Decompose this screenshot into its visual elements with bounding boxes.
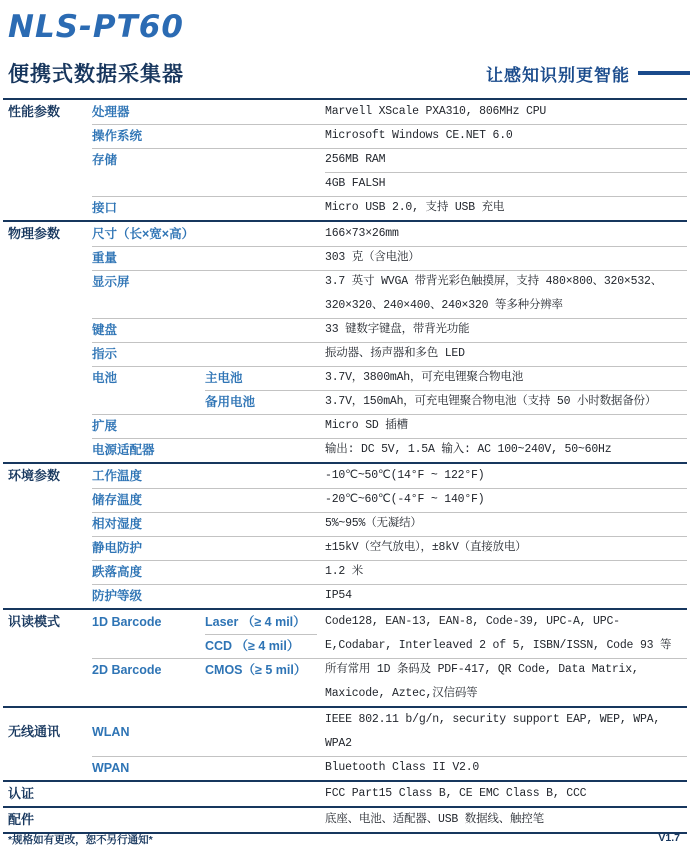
spec-row: 跌落高度1.2 米: [3, 560, 687, 584]
spec-label: 电池: [92, 366, 205, 390]
product-logo: NLS-PT60: [8, 8, 690, 46]
spec-label: 储存温度: [92, 488, 325, 512]
spec-value: Microsoft Windows CE.NET 6.0: [325, 124, 687, 148]
spec-label: 扩展: [92, 414, 325, 438]
spec-row: 存储256MB RAM: [3, 148, 687, 172]
row-divider: [325, 172, 687, 173]
spec-label: 指示: [92, 342, 325, 366]
header-subrow: 便携式数据采集器 让感知识别更智能: [8, 58, 690, 88]
spec-label: 1D Barcode: [92, 610, 205, 634]
category-label: 物理参数: [8, 222, 92, 246]
spec-label: WLAN: [92, 720, 325, 744]
spec-row: 扩展Micro SD 插槽: [3, 414, 687, 438]
spec-row: 识读模式1D BarcodeLaser （≥ 4 mil）CCD （≥ 4 mi…: [3, 610, 687, 658]
spec-label: 操作系统: [92, 124, 325, 148]
row-divider: [92, 658, 687, 659]
spec-row: 4GB FALSH: [3, 172, 687, 196]
spec-value: 33 键数字键盘，带背光功能: [325, 318, 687, 342]
spec-row: 静电防护±15kV（空气放电），±8kV（直接放电）: [3, 536, 687, 560]
spec-value: 3.7V，3800mAh，可充电锂聚合物电池: [325, 366, 687, 390]
spec-value: 166×73×26mm: [325, 222, 687, 246]
spec-label: 存储: [92, 148, 325, 172]
spec-sublabel: CCD （≥ 4 mil）: [205, 634, 325, 658]
row-divider: [92, 124, 687, 125]
row-divider: [92, 246, 687, 247]
category-label: 环境参数: [8, 464, 92, 488]
row-divider: [205, 390, 687, 391]
spec-value: 256MB RAM: [325, 148, 687, 172]
spec-label: 键盘: [92, 318, 325, 342]
brand-tagline: 让感知识别更智能: [486, 61, 690, 86]
row-divider: [92, 584, 687, 585]
spec-row: 性能参数处理器Marvell XScale PXA310, 806MHz CPU: [3, 100, 687, 124]
spec-value: 3.7 英寸 WVGA 带背光彩色触摸屏，支持 480×800、320×532、…: [325, 270, 687, 318]
spec-value: -20℃~60℃(-4°F ~ 140°F): [325, 488, 687, 512]
spec-section: 环境参数工作温度-10℃~50℃(14°F ~ 122°F)储存温度-20℃~6…: [3, 462, 687, 608]
spec-value: 3.7V，150mAh，可充电锂聚合物电池（支持 50 小时数据备份）: [325, 390, 687, 414]
spec-label: 处理器: [92, 100, 325, 124]
category-label: 性能参数: [8, 100, 92, 124]
spec-row: 接口Micro USB 2.0, 支持 USB 充电: [3, 196, 687, 220]
row-divider: [92, 438, 687, 439]
spec-row: 储存温度-20℃~60℃(-4°F ~ 140°F): [3, 488, 687, 512]
category-label: 识读模式: [8, 610, 92, 634]
row-divider: [92, 414, 687, 415]
row-divider: [92, 342, 687, 343]
product-subtitle: 便携式数据采集器: [8, 58, 184, 88]
spec-row: 认证FCC Part15 Class B, CE EMC Class B, CC…: [3, 782, 687, 806]
spec-row: 操作系统Microsoft Windows CE.NET 6.0: [3, 124, 687, 148]
spec-value: 输出: DC 5V, 1.5A 输入: AC 100~240V, 50~60Hz: [325, 438, 687, 462]
tagline-dash-line: [638, 71, 690, 75]
spec-value: IP54: [325, 584, 687, 608]
spec-row: 2D BarcodeCMOS（≥ 5 mil）所有常用 1D 条码及 PDF-4…: [3, 658, 687, 706]
spec-label: 尺寸（长×宽×高）: [92, 222, 325, 246]
page-footer: *规格如有更改，恕不另行通知* V1.7: [8, 832, 680, 847]
spec-row: 环境参数工作温度-10℃~50℃(14°F ~ 122°F): [3, 464, 687, 488]
spec-value: 底座、电池、适配器、USB 数据线、触控笔: [325, 808, 687, 832]
spec-row: 物理参数尺寸（长×宽×高）166×73×26mm: [3, 222, 687, 246]
spec-label: 接口: [92, 196, 325, 220]
spec-sublabel: Laser （≥ 4 mil）: [205, 610, 325, 634]
spec-value: 303 克（含电池）: [325, 246, 687, 270]
spec-value: IEEE 802.11 b/g/n, security support EAP,…: [325, 708, 687, 756]
row-divider: [92, 148, 687, 149]
spec-value: Code128, EAN-13, EAN-8, Code-39, UPC-A, …: [325, 610, 687, 658]
spec-row: 显示屏3.7 英寸 WVGA 带背光彩色触摸屏，支持 480×800、320×5…: [3, 270, 687, 318]
category-label: 认证: [8, 782, 92, 806]
spec-row: 无线通讯WLANIEEE 802.11 b/g/n, security supp…: [3, 708, 687, 756]
row-divider: [92, 196, 687, 197]
spec-value: 振动器、扬声器和多色 LED: [325, 342, 687, 366]
spec-value: 4GB FALSH: [325, 172, 687, 196]
brand-tagline-text: 让感知识别更智能: [486, 61, 630, 86]
spec-value: 所有常用 1D 条码及 PDF-417, QR Code, Data Matri…: [325, 658, 687, 706]
row-divider: [92, 536, 687, 537]
spec-row: 相对湿度5%~95%（无凝结）: [3, 512, 687, 536]
category-label: 无线通讯: [8, 720, 92, 744]
spec-sublabel: 备用电池: [205, 390, 325, 414]
spec-section: 认证FCC Part15 Class B, CE EMC Class B, CC…: [3, 780, 687, 806]
spec-row: 电源适配器输出: DC 5V, 1.5A 输入: AC 100~240V, 50…: [3, 438, 687, 462]
spec-label: 相对湿度: [92, 512, 325, 536]
spec-section: 物理参数尺寸（长×宽×高）166×73×26mm重量303 克（含电池）显示屏3…: [3, 220, 687, 462]
spec-value: ±15kV（空气放电），±8kV（直接放电）: [325, 536, 687, 560]
disclaimer-note: *规格如有更改，恕不另行通知*: [8, 832, 153, 847]
spec-label: 工作温度: [92, 464, 325, 488]
spec-row: 指示振动器、扬声器和多色 LED: [3, 342, 687, 366]
row-divider: [92, 318, 687, 319]
spec-sublabel: CMOS（≥ 5 mil）: [205, 658, 325, 682]
sublabel-divider: [205, 634, 317, 635]
category-label: 配件: [8, 808, 92, 832]
spec-row: 配件底座、电池、适配器、USB 数据线、触控笔: [3, 808, 687, 832]
row-divider: [92, 756, 687, 757]
page-header: NLS-PT60 便携式数据采集器 让感知识别更智能: [0, 0, 690, 98]
spec-value: Micro USB 2.0, 支持 USB 充电: [325, 196, 687, 220]
spec-sublabel-group: Laser （≥ 4 mil）CCD （≥ 4 mil）: [205, 610, 325, 658]
spec-sublabel: 主电池: [205, 366, 325, 390]
row-divider: [92, 560, 687, 561]
spec-value: -10℃~50℃(14°F ~ 122°F): [325, 464, 687, 488]
spec-section: 性能参数处理器Marvell XScale PXA310, 806MHz CPU…: [3, 98, 687, 220]
spec-row: WPANBluetooth Class II V2.0: [3, 756, 687, 780]
spec-section: 配件底座、电池、适配器、USB 数据线、触控笔: [3, 806, 687, 834]
spec-row: 电池主电池3.7V，3800mAh，可充电锂聚合物电池: [3, 366, 687, 390]
spec-label: 静电防护: [92, 536, 325, 560]
row-divider: [92, 488, 687, 489]
spec-value: FCC Part15 Class B, CE EMC Class B, CCC: [325, 782, 687, 806]
spec-section: 识读模式1D BarcodeLaser （≥ 4 mil）CCD （≥ 4 mi…: [3, 608, 687, 706]
version-label: V1.7: [658, 832, 680, 847]
spec-row: 备用电池3.7V，150mAh，可充电锂聚合物电池（支持 50 小时数据备份）: [3, 390, 687, 414]
spec-value: Marvell XScale PXA310, 806MHz CPU: [325, 100, 687, 124]
spec-label: 重量: [92, 246, 325, 270]
spec-row: 重量303 克（含电池）: [3, 246, 687, 270]
spec-value: 1.2 米: [325, 560, 687, 584]
spec-row: 键盘33 键数字键盘，带背光功能: [3, 318, 687, 342]
spec-label: WPAN: [92, 756, 325, 780]
spec-sheet-page: NLS-PT60 便携式数据采集器 让感知识别更智能 性能参数处理器Marvel…: [0, 0, 690, 861]
spec-label: 显示屏: [92, 270, 325, 294]
spec-value: 5%~95%（无凝结）: [325, 512, 687, 536]
row-divider: [92, 270, 687, 271]
spec-label: 跌落高度: [92, 560, 325, 584]
spec-label: 2D Barcode: [92, 658, 205, 682]
row-divider: [92, 512, 687, 513]
spec-value: Micro SD 插槽: [325, 414, 687, 438]
row-divider: [92, 366, 687, 367]
spec-label: 防护等级: [92, 584, 325, 608]
spec-section: 无线通讯WLANIEEE 802.11 b/g/n, security supp…: [3, 706, 687, 780]
spec-label: 电源适配器: [92, 438, 325, 462]
spec-value: Bluetooth Class II V2.0: [325, 756, 687, 780]
spec-table: 性能参数处理器Marvell XScale PXA310, 806MHz CPU…: [3, 98, 687, 834]
spec-row: 防护等级IP54: [3, 584, 687, 608]
